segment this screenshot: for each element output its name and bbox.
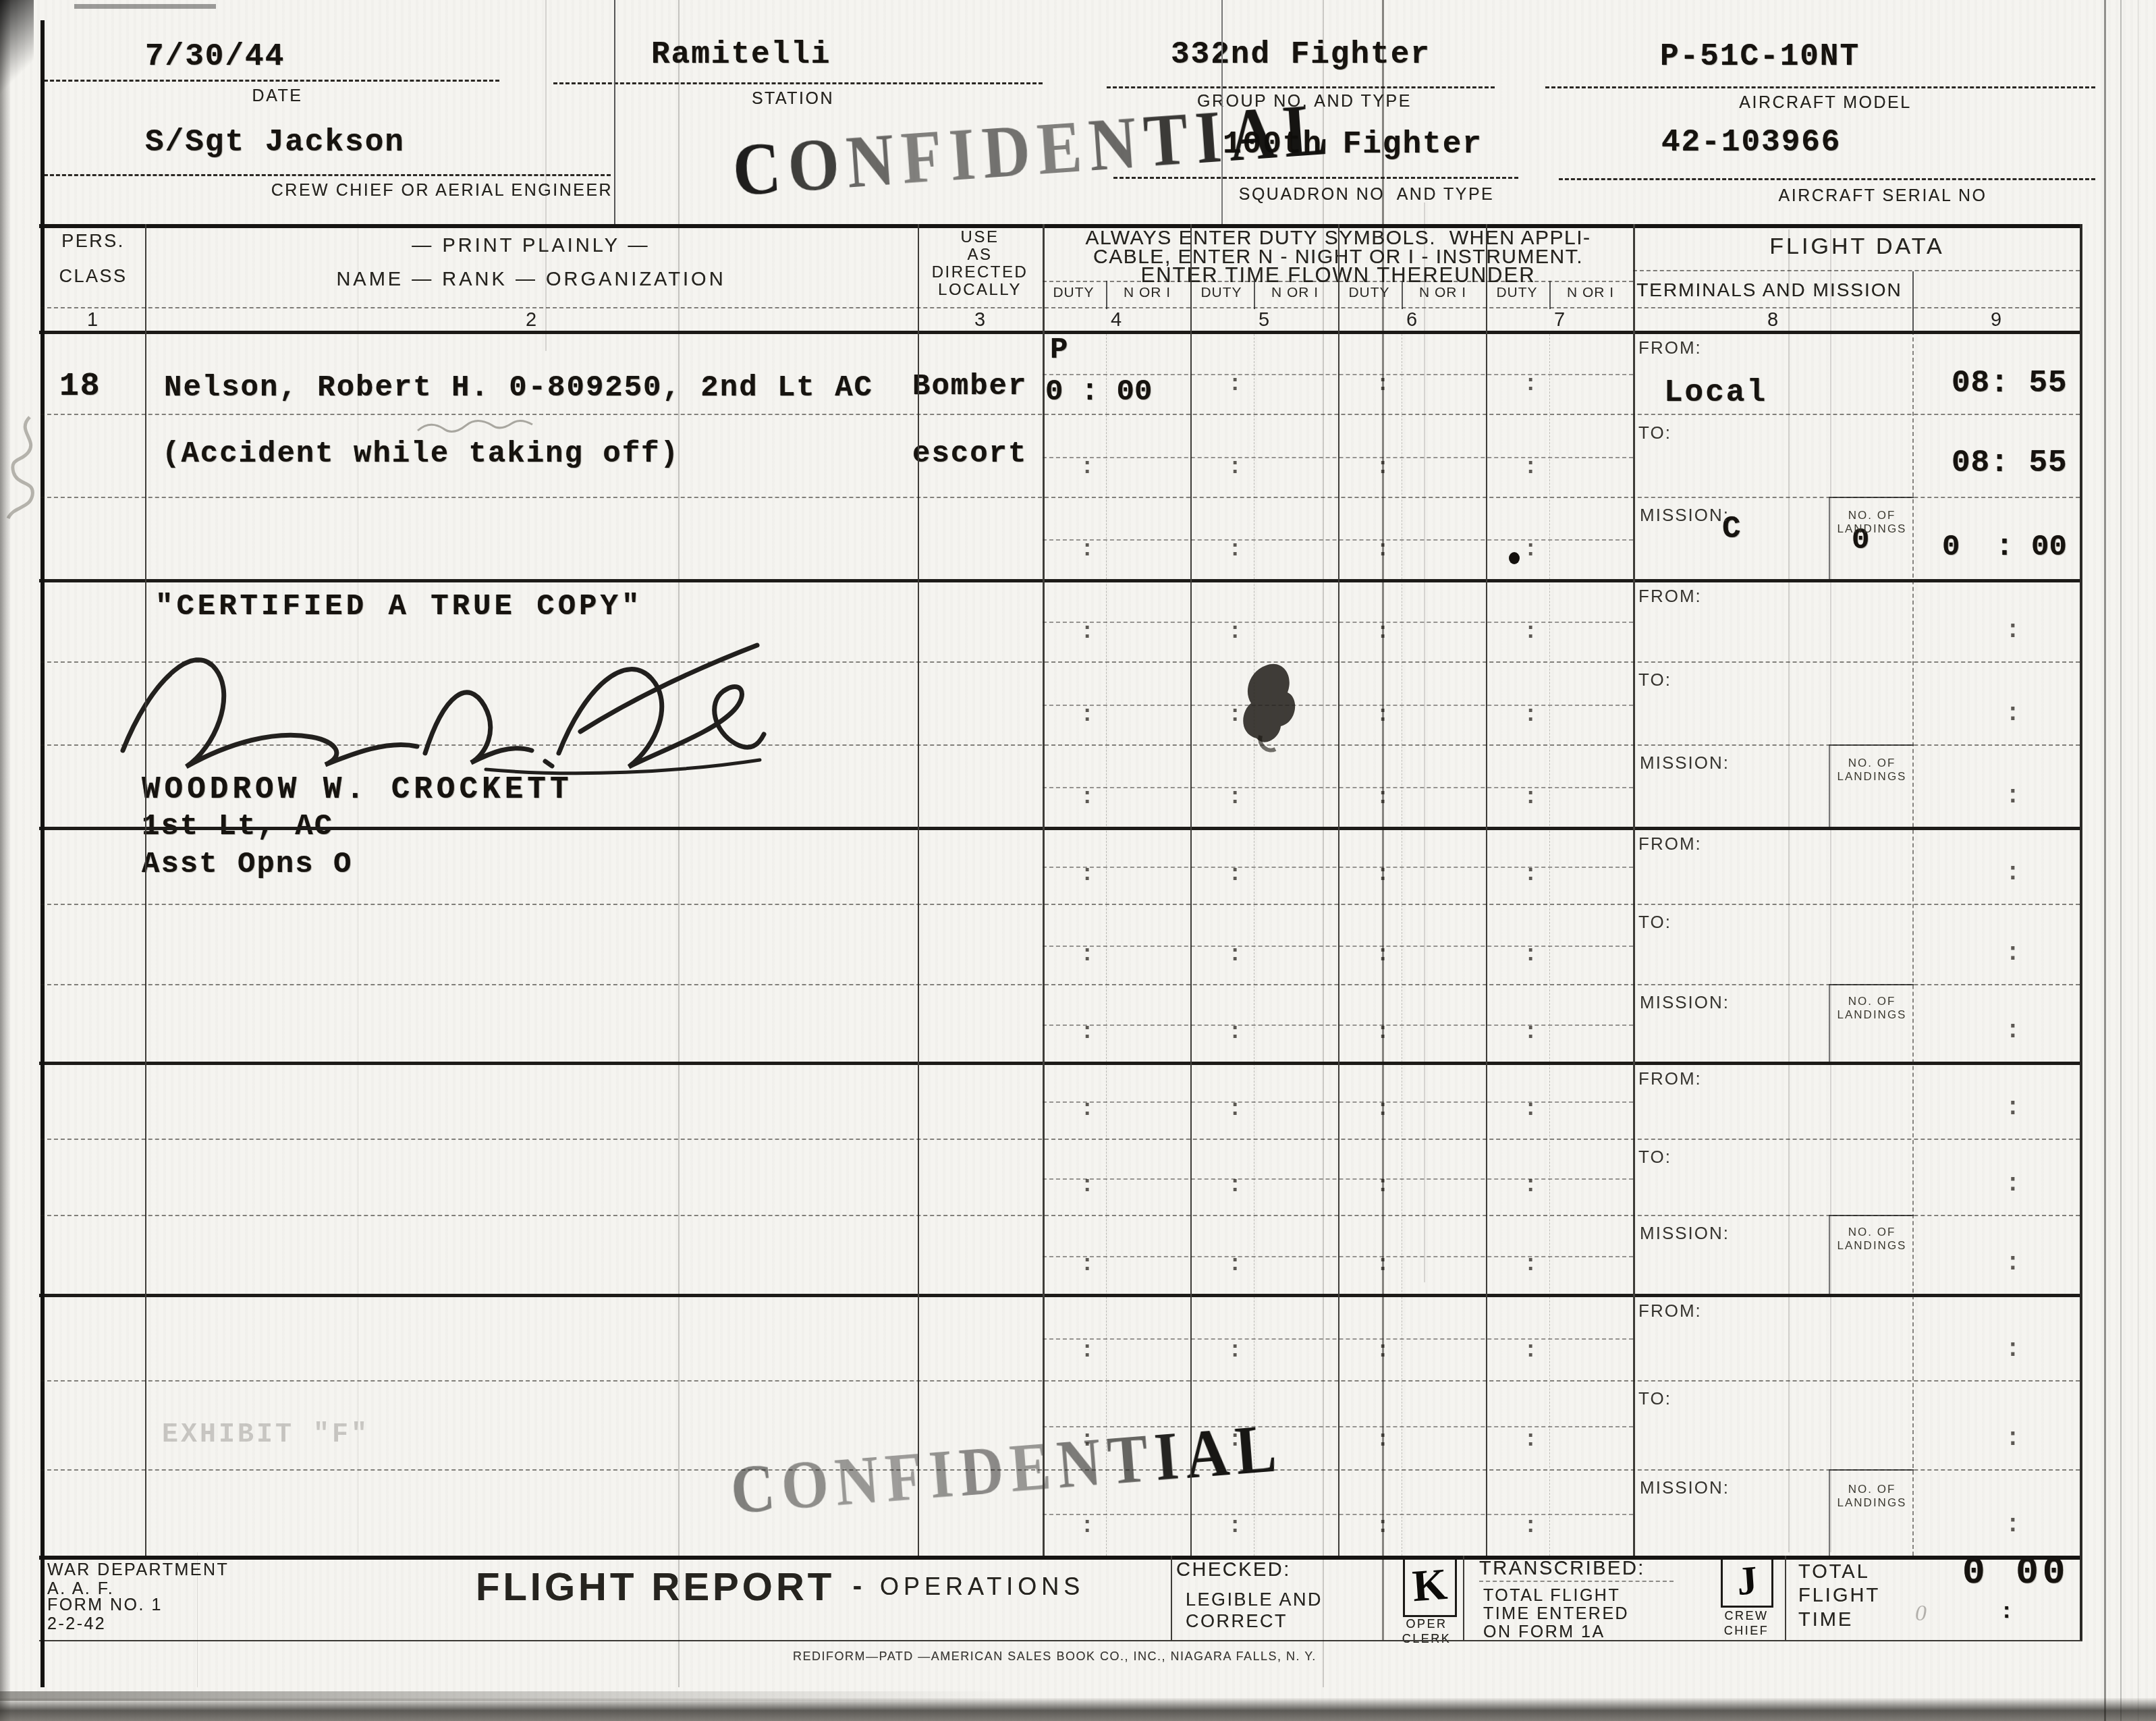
grid-line <box>40 20 45 1687</box>
printed-colon: : <box>1524 1427 1537 1453</box>
crew-chief-label-1: CREW <box>1725 1609 1769 1623</box>
total-flight-time-colon: : <box>2000 1600 2014 1624</box>
printed-colon: : <box>1524 703 1537 728</box>
grid-line <box>145 224 146 1556</box>
printed-colon: : <box>1080 1514 1094 1539</box>
printed-colon: : <box>2006 1425 2020 1452</box>
aircraft-model-value: P-51C-10NT <box>1660 39 1860 74</box>
printed-colon: : <box>1524 455 1537 481</box>
grid-line <box>1402 331 1402 1556</box>
stamp-letter: I <box>947 113 985 196</box>
from-label: FROM: <box>1638 586 1702 607</box>
printed-colon: : <box>1524 1020 1537 1045</box>
col2-header-line1: — PRINT PLAINLY — <box>412 235 650 257</box>
grid-line <box>918 224 919 1556</box>
to-label: TO: <box>1638 670 1671 690</box>
grid-line <box>1106 281 1107 309</box>
stamp-letter: O <box>785 122 849 208</box>
grid-line <box>2080 224 2082 1640</box>
printed-colon: : <box>1080 1338 1094 1364</box>
col3-header-line1: USE <box>961 228 999 247</box>
grid-line <box>1043 787 1633 788</box>
grid-line <box>40 744 2080 746</box>
bottom-scan-edge <box>0 1698 2156 1721</box>
column-number: 3 <box>974 309 985 331</box>
printed-colon: : <box>1080 1097 1094 1122</box>
grid-line <box>40 984 2080 985</box>
scan-streak <box>358 223 358 1552</box>
grid-line <box>1545 86 2095 88</box>
mission-label: MISSION: <box>1640 505 1730 526</box>
footer-form-date: 2-2-42 <box>47 1614 106 1634</box>
grid-line <box>40 307 2080 308</box>
grid-line <box>614 0 615 224</box>
printed-colon: : <box>1080 942 1094 968</box>
stamp-letter: T <box>1105 1421 1158 1499</box>
landings-box: NO. OF LANDINGS <box>1829 984 1914 1063</box>
grid-line <box>1912 271 1914 331</box>
serial-label: AIRCRAFT SERIAL NO <box>1779 186 1987 206</box>
printed-colon: : <box>1524 1338 1537 1364</box>
grid-line <box>39 1640 2082 1641</box>
nori-sublabel: N OR I <box>1567 285 1614 301</box>
scan-streak <box>2120 0 2122 1721</box>
printed-colon: : <box>1080 1020 1094 1045</box>
pencil-mark: 0 <box>1915 1601 1927 1627</box>
printed-colon: : <box>1228 942 1242 968</box>
grid-line <box>1107 86 1495 88</box>
col3-header-line3: DIRECTED <box>932 263 1028 282</box>
bottom-scan-edge-2 <box>0 1691 1012 1701</box>
printed-colon: : <box>1524 1252 1537 1278</box>
grid-line <box>1043 1426 1633 1427</box>
grid-line <box>1043 867 1633 868</box>
entry-use-line2: escort <box>912 437 1027 471</box>
landings-box: NO. OF LANDINGS <box>1829 744 1914 828</box>
entry-to-time: 08: 55 <box>1952 445 2068 481</box>
duty-sublabel: DUTY <box>1496 285 1537 301</box>
printed-colon: : <box>1080 785 1094 811</box>
grid-line <box>40 414 2080 415</box>
grid-line <box>1043 1025 1633 1026</box>
footer-title-sep: - <box>853 1571 864 1601</box>
grid-line <box>1043 1101 1633 1103</box>
grid-line <box>1043 281 1633 282</box>
printed-colon: : <box>2006 939 2020 967</box>
column-number: 4 <box>1111 309 1122 331</box>
transcribed-sub-2: TIME ENTERED <box>1483 1604 1629 1624</box>
ink-blot <box>1240 660 1315 755</box>
col2-header-line2: NAME — RANK — ORGANIZATION <box>336 269 725 291</box>
printed-colon: : <box>2006 1094 2020 1122</box>
transcribed-label: TRANSCRIBED: <box>1479 1558 1645 1580</box>
printed-colon: : <box>1080 1173 1094 1199</box>
grid-line <box>1479 1581 1674 1582</box>
crew-chief-value: S/Sgt Jackson <box>145 125 405 160</box>
left-edge-shadow <box>0 0 11 1721</box>
column-number: 2 <box>526 309 536 331</box>
grid-line <box>1171 1556 1172 1640</box>
crew-chief-signature-box: J <box>1721 1556 1773 1608</box>
entry-use-line1: Bomber <box>912 370 1027 404</box>
grid-line <box>40 1215 2080 1216</box>
landings-label-2: LANDINGS <box>1830 1008 1914 1022</box>
grid-line <box>40 497 2080 498</box>
printed-colon: : <box>2006 1336 2020 1363</box>
grid-line <box>1559 178 2095 180</box>
landings-label-2: LANDINGS <box>1830 1239 1914 1253</box>
duty-sublabel: DUTY <box>1200 285 1242 301</box>
mission-label: MISSION: <box>1640 1477 1730 1498</box>
to-label: TO: <box>1638 1147 1671 1168</box>
entry-duty-symbol: P <box>1050 333 1069 367</box>
grid-line <box>44 80 499 82</box>
footer-form-no: FORM NO. 1 <box>47 1595 163 1615</box>
total-label-3: TIME <box>1798 1609 1853 1631</box>
grid-line <box>1463 1556 1464 1640</box>
crew-chief-label: CREW CHIEF OR AERIAL ENGINEER <box>271 181 613 200</box>
printed-colon: : <box>1228 703 1242 728</box>
entry-pers-class: 18 <box>59 368 101 405</box>
printed-colon: : <box>2006 1017 2020 1045</box>
grid-line <box>553 82 1043 84</box>
grid-line <box>39 579 2082 582</box>
printed-colon: : <box>1524 537 1537 563</box>
nori-sublabel: N OR I <box>1124 285 1171 301</box>
printer-imprint-line: REDIFORM—PATD —AMERICAN SALES BOOK CO., … <box>793 1649 1317 1664</box>
printed-colon: : <box>1228 1173 1242 1199</box>
stamp-letter: I <box>1192 96 1231 180</box>
printed-colon: : <box>1524 620 1537 645</box>
oper-clerk-signature-box: K <box>1403 1556 1457 1617</box>
grid-line <box>39 1062 2082 1065</box>
printed-colon: : <box>1228 537 1242 563</box>
checked-sub-2: CORRECT <box>1186 1611 1288 1632</box>
grid-line <box>1043 1178 1633 1180</box>
to-label: TO: <box>1638 1388 1671 1409</box>
group-value: 332nd Fighter <box>1171 37 1431 72</box>
landings-label-1: NO. OF <box>1830 757 1914 770</box>
grid-line <box>1338 224 1339 1556</box>
date-value: 7/30/44 <box>145 39 285 74</box>
printed-colon: : <box>1080 1427 1094 1453</box>
grid-line <box>1043 457 1633 458</box>
stamp-letter: N <box>1086 101 1147 186</box>
printed-colon: : <box>1228 1252 1242 1278</box>
ink-dot <box>1509 552 1520 564</box>
column-number: 6 <box>1406 309 1417 331</box>
serial-value: 42-103966 <box>1661 125 1841 160</box>
from-label: FROM: <box>1638 834 1702 854</box>
landings-label-1: NO. OF <box>1830 995 1914 1008</box>
scan-streak <box>1830 229 1831 1552</box>
oper-clerk-label-1: OPER <box>1406 1617 1447 1631</box>
grid-line <box>1549 281 1551 309</box>
grid-line <box>40 661 2080 663</box>
stamp-letter: C <box>730 126 791 211</box>
from-label: FROM: <box>1638 1068 1702 1089</box>
to-label: TO: <box>1638 422 1671 443</box>
transcribed-mark: J <box>1736 1557 1759 1605</box>
footer-war-department: WAR DEPARTMENT <box>47 1560 229 1580</box>
stamp-letter: O <box>779 1446 838 1525</box>
mission-label: MISSION: <box>1640 992 1730 1013</box>
printed-colon: : <box>1228 785 1242 811</box>
entry-from-terminal: Local <box>1664 375 1767 410</box>
grid-line <box>1043 946 1633 947</box>
grid-line <box>1254 281 1255 309</box>
printed-colon: : <box>1524 372 1537 398</box>
grid-line <box>39 224 2082 228</box>
column-number: 5 <box>1259 309 1269 331</box>
stamp-letter: E <box>1034 105 1092 190</box>
flight-report-form: 7/30/44 DATE Ramitelli STATION 332nd Fig… <box>0 0 2156 1721</box>
grid-line <box>1043 622 1633 623</box>
station-label: STATION <box>752 89 834 109</box>
printed-colon: : <box>2006 1249 2020 1277</box>
stamp-letter: C <box>728 1450 784 1529</box>
column-number: 1 <box>87 309 98 331</box>
transcribed-sub-1: TOTAL FLIGHT <box>1483 1586 1620 1606</box>
stamp-letter: D <box>957 1432 1013 1510</box>
scan-streak <box>678 0 680 1687</box>
total-label-2: FLIGHT <box>1798 1585 1880 1607</box>
grid-line <box>1043 539 1633 541</box>
grid-line <box>1633 224 1635 1556</box>
printed-colon: : <box>2006 1170 2020 1198</box>
grid-line <box>1043 1514 1633 1515</box>
scan-streak <box>2104 0 2106 1721</box>
printed-colon: : <box>1228 1514 1242 1539</box>
stamp-letter: A <box>1225 92 1286 177</box>
printed-colon: : <box>1228 372 1242 398</box>
grid-line <box>1043 374 1633 375</box>
mission-label: MISSION: <box>1640 753 1730 773</box>
entry-name: Nelson, Robert H. 0-809250, 2nd Lt AC <box>164 371 873 405</box>
certifier-title: Asst Opns O <box>142 848 352 881</box>
grid-line <box>40 904 2080 905</box>
grid-line <box>39 1556 2082 1560</box>
nori-sublabel: N OR I <box>1271 285 1319 301</box>
total-label-1: TOTAL <box>1798 1561 1870 1583</box>
grid-line <box>40 1380 2080 1382</box>
col3-header-line4: LOCALLY <box>938 281 1022 300</box>
oper-clerk-label-2: CLERK <box>1402 1632 1452 1646</box>
scan-streak <box>545 0 547 351</box>
grid-line <box>1633 270 2080 271</box>
col1-header-line2: CLASS <box>59 266 127 287</box>
grid-line <box>40 1469 2080 1471</box>
stamp-letter: N <box>832 1442 888 1520</box>
scan-streak <box>2138 0 2138 1721</box>
printed-colon: : <box>2006 700 2020 728</box>
printed-colon: : <box>1228 1097 1242 1122</box>
printed-colon: : <box>1080 455 1094 481</box>
landings-label-1: NO. OF <box>1830 1483 1914 1496</box>
column-number: 7 <box>1554 309 1565 331</box>
stamp-letter: F <box>899 115 952 200</box>
entry-note: (Accident while taking off) <box>162 437 680 471</box>
nori-sublabel: N OR I <box>1419 285 1466 301</box>
grid-line <box>1043 705 1633 706</box>
footer-title: FLIGHT REPORT - OPERATIONS <box>476 1564 1084 1610</box>
duty-sublabel: DUTY <box>1053 285 1094 301</box>
printed-colon: : <box>2006 782 2020 810</box>
column-number: 9 <box>1991 309 2001 331</box>
printed-colon: : <box>1080 1252 1094 1278</box>
grid-line <box>1190 224 1192 1556</box>
grid-line <box>1549 331 1550 1556</box>
printed-colon: : <box>1228 862 1242 887</box>
entry-duty-time: 0 : 00 <box>1045 375 1152 409</box>
printed-colon: : <box>1524 1514 1537 1539</box>
grid-line <box>1912 331 1914 1556</box>
scan-streak <box>1323 0 1324 1687</box>
landings-box: NO. OF LANDINGS <box>1829 1469 1914 1557</box>
aircraft-model-label: AIRCRAFT MODEL <box>1739 93 1911 113</box>
stamp-letter: F <box>883 1438 932 1517</box>
corner-smudge <box>0 0 34 101</box>
printed-colon: : <box>1524 942 1537 968</box>
entry-mission-time: 0 : 00 <box>1942 530 2067 564</box>
grid-line <box>1106 331 1107 1556</box>
checked-mark: K <box>1411 1559 1449 1612</box>
printed-colon: : <box>1228 620 1242 645</box>
landings-label-2: LANDINGS <box>1830 1496 1914 1510</box>
top-edge-mark <box>74 4 216 9</box>
col3-header-line2: AS <box>967 246 992 265</box>
column-number: 8 <box>1767 309 1778 331</box>
flight-data-header: FLIGHT DATA <box>1769 234 1944 260</box>
stamp-letter: T <box>1141 98 1198 183</box>
grid-line <box>1043 224 1045 1556</box>
from-label: FROM: <box>1638 1301 1702 1321</box>
landings-label-1: NO. OF <box>1830 509 1914 522</box>
grid-line <box>1254 331 1254 1556</box>
grid-line <box>1402 281 1403 309</box>
mission-label: MISSION: <box>1640 1223 1730 1244</box>
col1-header-line1: PERS. <box>61 231 125 252</box>
printed-colon: : <box>1080 537 1094 563</box>
stamp-letter: L <box>1281 88 1338 173</box>
scan-streak <box>1382 0 1384 1640</box>
printed-colon: : <box>1228 1338 1242 1364</box>
exhibit-f-stamp: EXHIBIT "F" <box>162 1420 370 1450</box>
printed-colon: : <box>1524 1097 1537 1122</box>
from-label: FROM: <box>1638 337 1702 358</box>
stamp-letter: E <box>1007 1428 1061 1506</box>
grid-line <box>1221 0 1223 224</box>
flight-report-title: FLIGHT REPORT <box>476 1565 835 1609</box>
printed-colon: : <box>1080 862 1094 887</box>
checked-sub-1: LEGIBLE AND <box>1186 1589 1323 1610</box>
operations-subtitle: OPERATIONS <box>880 1573 1084 1600</box>
grid-line <box>1785 1556 1786 1640</box>
squadron-label: SQUADRON NO AND TYPE <box>1239 185 1495 204</box>
printed-colon: : <box>1080 703 1094 728</box>
grid-line <box>39 1294 2082 1297</box>
to-label: TO: <box>1638 912 1671 933</box>
grid-line <box>1113 177 1518 179</box>
printed-colon: : <box>1228 1020 1242 1045</box>
entry-from-time: 08: 55 <box>1952 366 2068 401</box>
printed-colon: : <box>1228 455 1242 481</box>
printed-colon: : <box>1524 862 1537 887</box>
landings-label-2: LANDINGS <box>1830 522 1914 536</box>
grid-line <box>44 174 611 176</box>
scan-streak <box>1788 229 1790 1552</box>
stamp-letter: N <box>844 118 904 203</box>
printed-colon: : <box>1228 1427 1242 1453</box>
landings-box: NO. OF LANDINGS <box>1829 497 1914 580</box>
printed-colon: : <box>2006 617 2020 645</box>
scan-streak <box>197 1552 198 1687</box>
stamp-letter: D <box>980 109 1041 194</box>
landings-label-2: LANDINGS <box>1830 770 1914 784</box>
grid-line <box>40 1139 2080 1140</box>
printed-colon: : <box>2006 859 2020 887</box>
landings-box: NO. OF LANDINGS <box>1829 1215 1914 1295</box>
grid-line <box>1043 1338 1633 1340</box>
landings-label-1: NO. OF <box>1830 1226 1914 1239</box>
printed-colon: : <box>1524 785 1537 811</box>
transcribed-sub-3: ON FORM 1A <box>1483 1622 1605 1642</box>
checked-label: CHECKED: <box>1176 1559 1291 1581</box>
crew-chief-label-2: CHIEF <box>1724 1624 1769 1638</box>
grid-line <box>39 827 2082 830</box>
grid-line <box>1043 1256 1633 1257</box>
printed-colon: : <box>2006 1511 2020 1539</box>
pencil-scribble <box>415 417 536 437</box>
terminals-mission-header: TERMINALS AND MISSION <box>1636 279 1902 301</box>
scan-streak <box>1424 202 1425 1282</box>
date-label: DATE <box>252 86 303 106</box>
grid-line <box>1486 224 1487 1556</box>
printed-colon: : <box>1080 620 1094 645</box>
printed-colon: : <box>1524 1173 1537 1199</box>
